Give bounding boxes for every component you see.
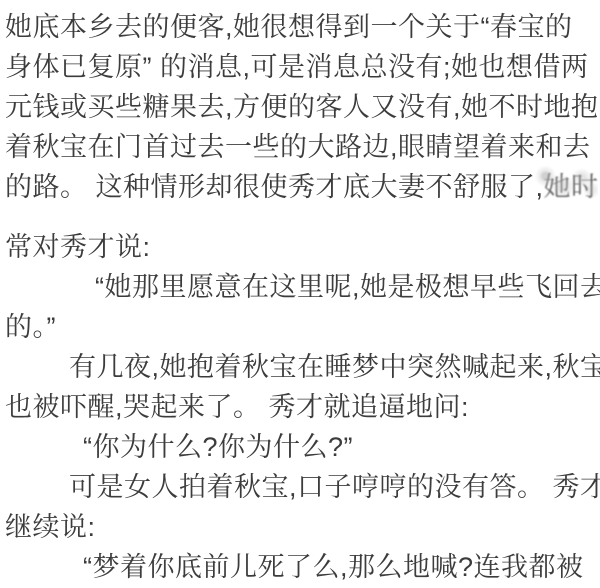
text-line: 有几夜,她抱着秋宝在睡梦中突然喊起来,秋宝 [5, 347, 600, 387]
text-line: 元钱或买些糖果去,方便的客人又没有,她不时地抱 [5, 87, 600, 127]
watermark-obscured-text: 她时 [544, 167, 599, 207]
text-line: “她那里愿意在这里呢,她是极想早些飞回去 [5, 267, 600, 307]
text-line: “梦着你底前儿死了么,那么地喊?连我都被 [5, 547, 600, 587]
text-line: 的路。 这种情形却很使秀才底大妻不舒服了,她时 [5, 167, 600, 207]
text-line: 身体已复原” 的消息,可是消息总没有;她也想借两 [5, 47, 600, 87]
text-line: 也被吓醒,哭起来了。 秀才就追逼地问: [5, 387, 600, 427]
text-line: 可是女人拍着秋宝,口子哼哼的没有答。 秀才 [5, 467, 600, 507]
text-line: 继续说: [5, 507, 600, 547]
text-line: 常对秀才说: [5, 227, 600, 267]
document-page: 她底本乡去的便客,她很想得到一个关于“春宝的 身体已复原” 的消息,可是消息总没… [0, 0, 600, 588]
text-line: 着秋宝在门首过去一些的大路边,眼睛望着来和去 [5, 127, 600, 167]
text-line: 她底本乡去的便客,她很想得到一个关于“春宝的 [5, 7, 600, 47]
text-line: “你为什么?你为什么?” [5, 427, 600, 467]
text-line: 的。” [5, 307, 600, 347]
text-line-main: 的路。 这种情形却很使秀才底大妻不舒服了, [5, 172, 544, 202]
